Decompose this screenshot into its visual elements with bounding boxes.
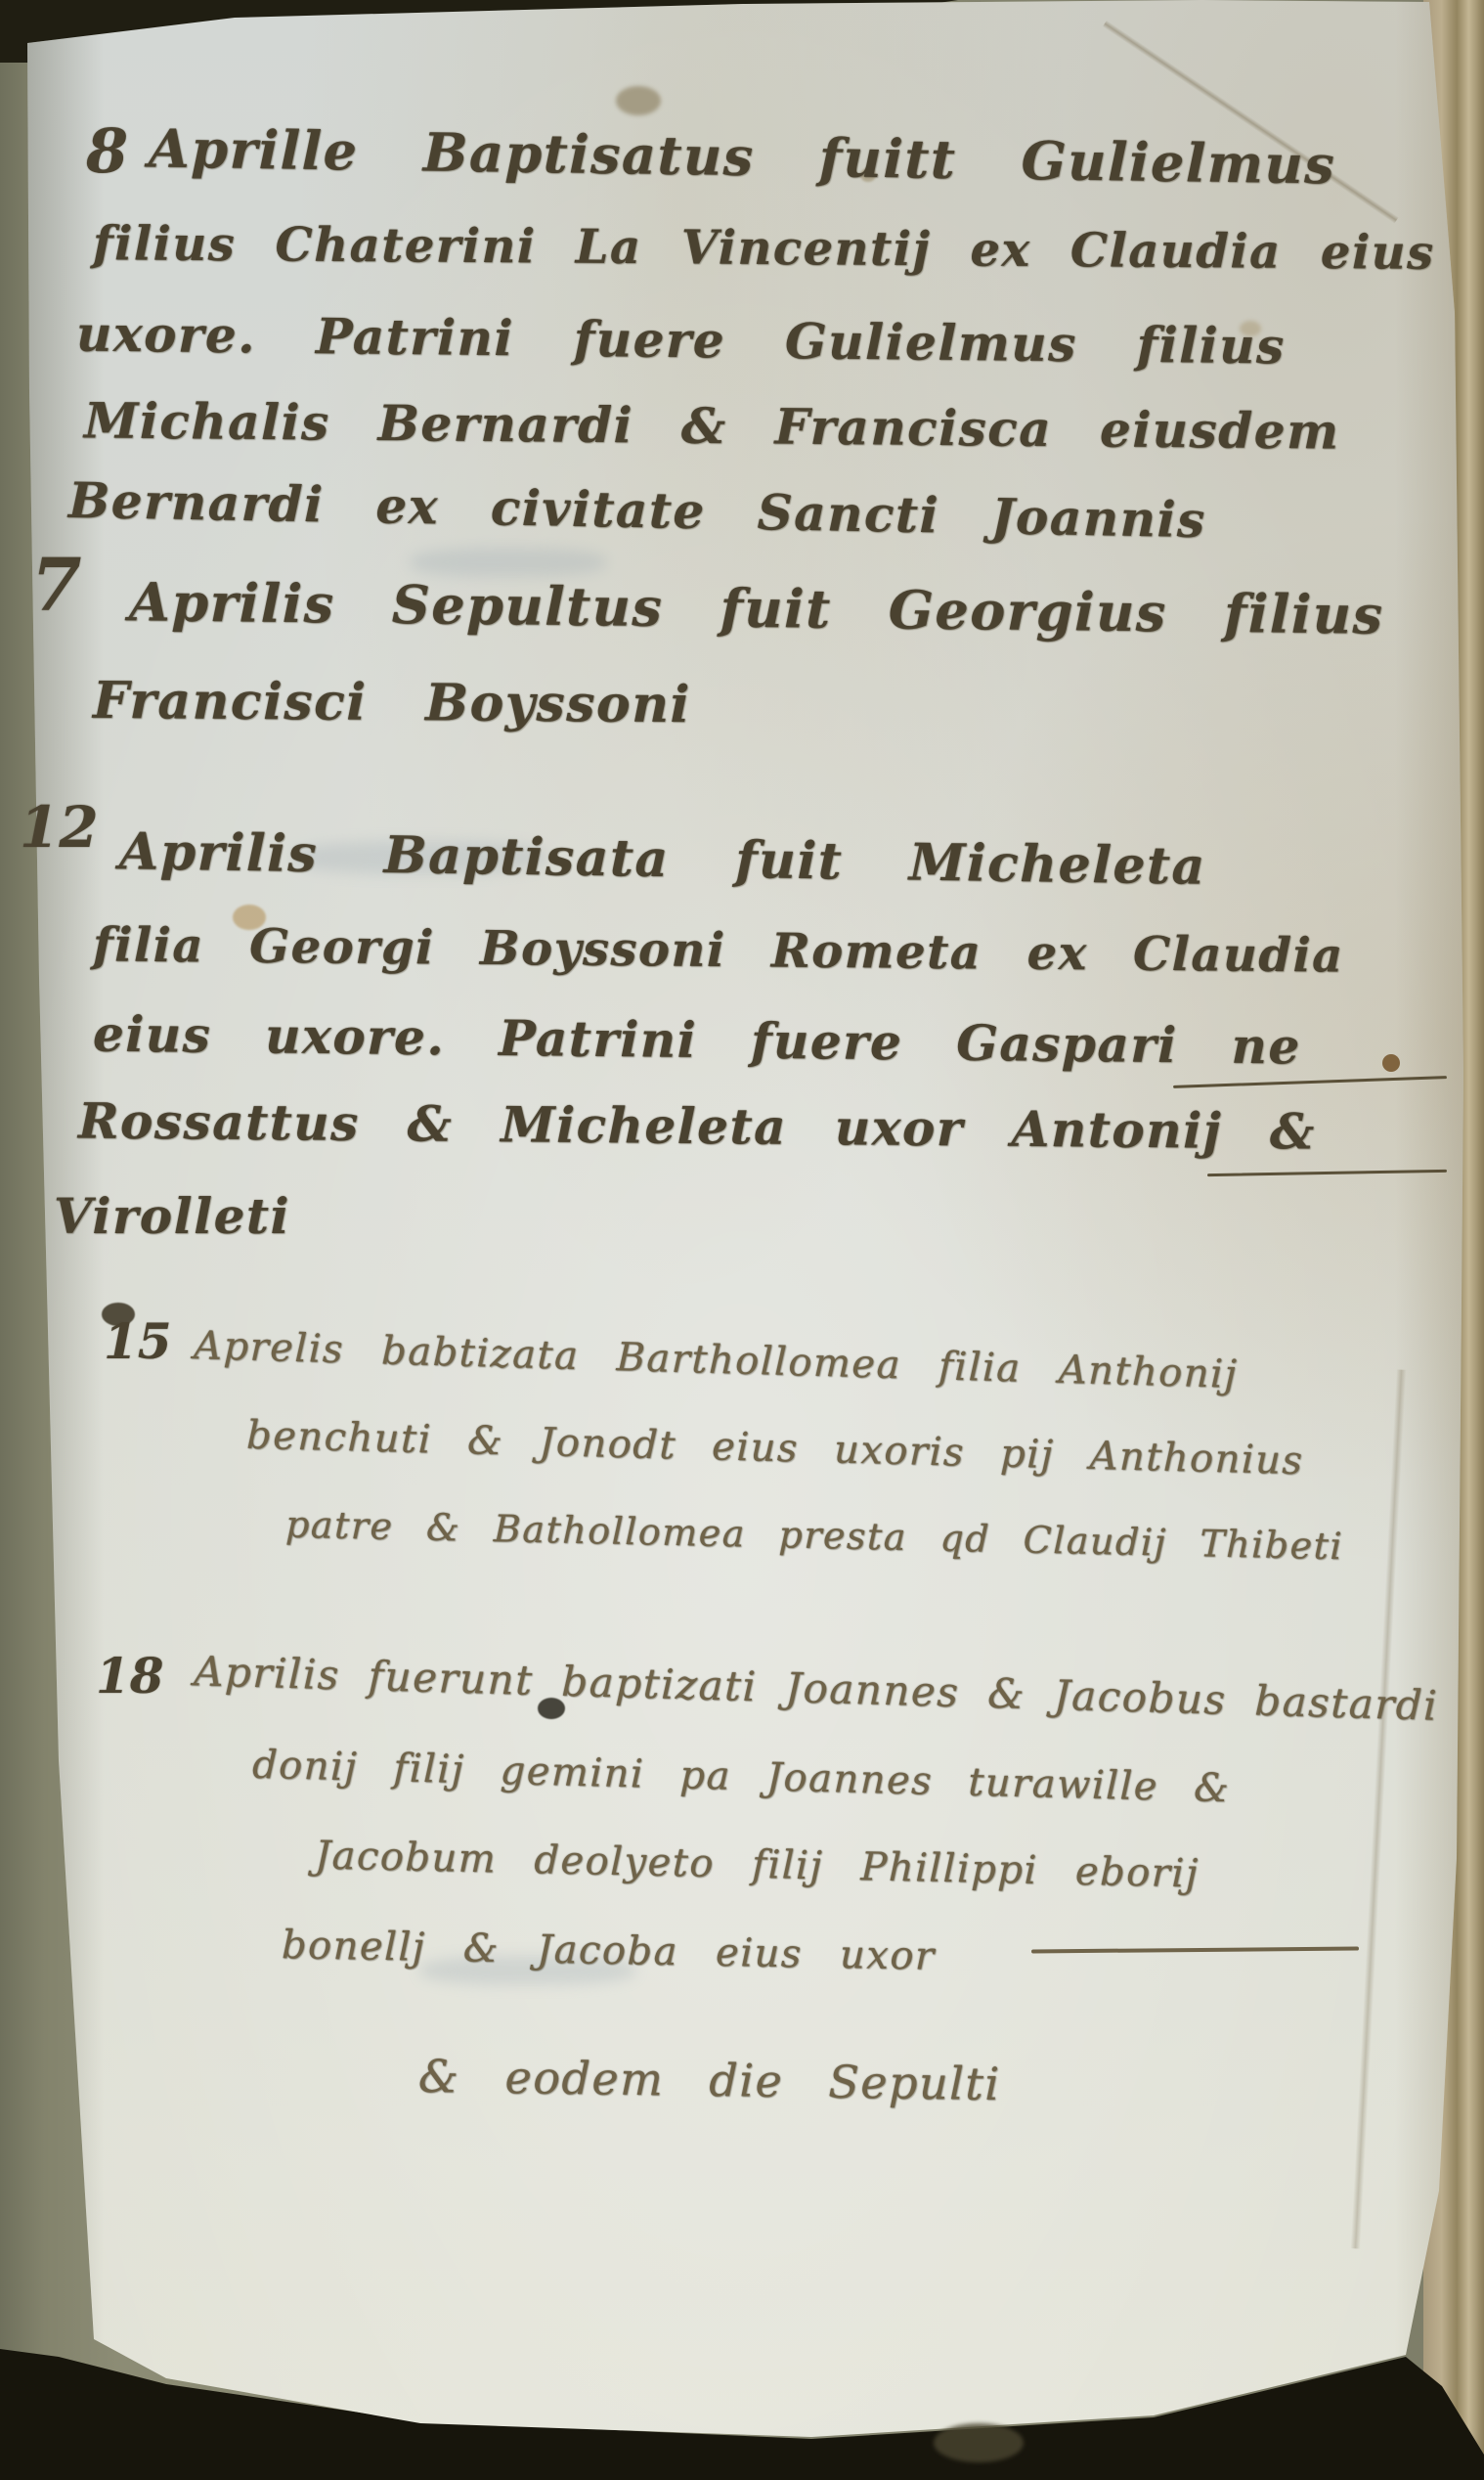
entry-day-number: 15 <box>104 1312 172 1370</box>
manuscript-line: Francisci Boyssoni <box>93 671 691 734</box>
bottom-stain <box>934 2423 1024 2462</box>
manuscript-line: Aprilis Sepultus fuit Georgius filius <box>129 570 1384 645</box>
ink-smudge <box>616 86 661 115</box>
ink-blot <box>1382 1054 1400 1072</box>
book-photo: 8 7 12 15 18 Aprille Baptisatus fuitt Gu… <box>0 0 1484 2480</box>
manuscript-line: Michalis Bernardi & Francisca eiusdem <box>84 391 1340 460</box>
bleedthrough-mark <box>411 548 606 577</box>
entry-day-number: 7 <box>31 544 82 628</box>
entry-day-number: 12 <box>20 794 99 861</box>
manuscript-line: Rossattus & Micheleta uxor Antonij & <box>78 1091 1316 1160</box>
entry-day-number: 18 <box>96 1647 164 1705</box>
manuscript-line: Virolleti <box>54 1187 290 1245</box>
entry-day-number: 8 <box>86 115 128 187</box>
manuscript-line: & eodem die Sepulti <box>418 2050 1001 2110</box>
manuscript-line: filius Chaterini La Vincentij ex Claudia… <box>93 216 1435 281</box>
manuscript-line: filia Georgi Boyssoni Rometa ex Claudia <box>93 917 1344 983</box>
